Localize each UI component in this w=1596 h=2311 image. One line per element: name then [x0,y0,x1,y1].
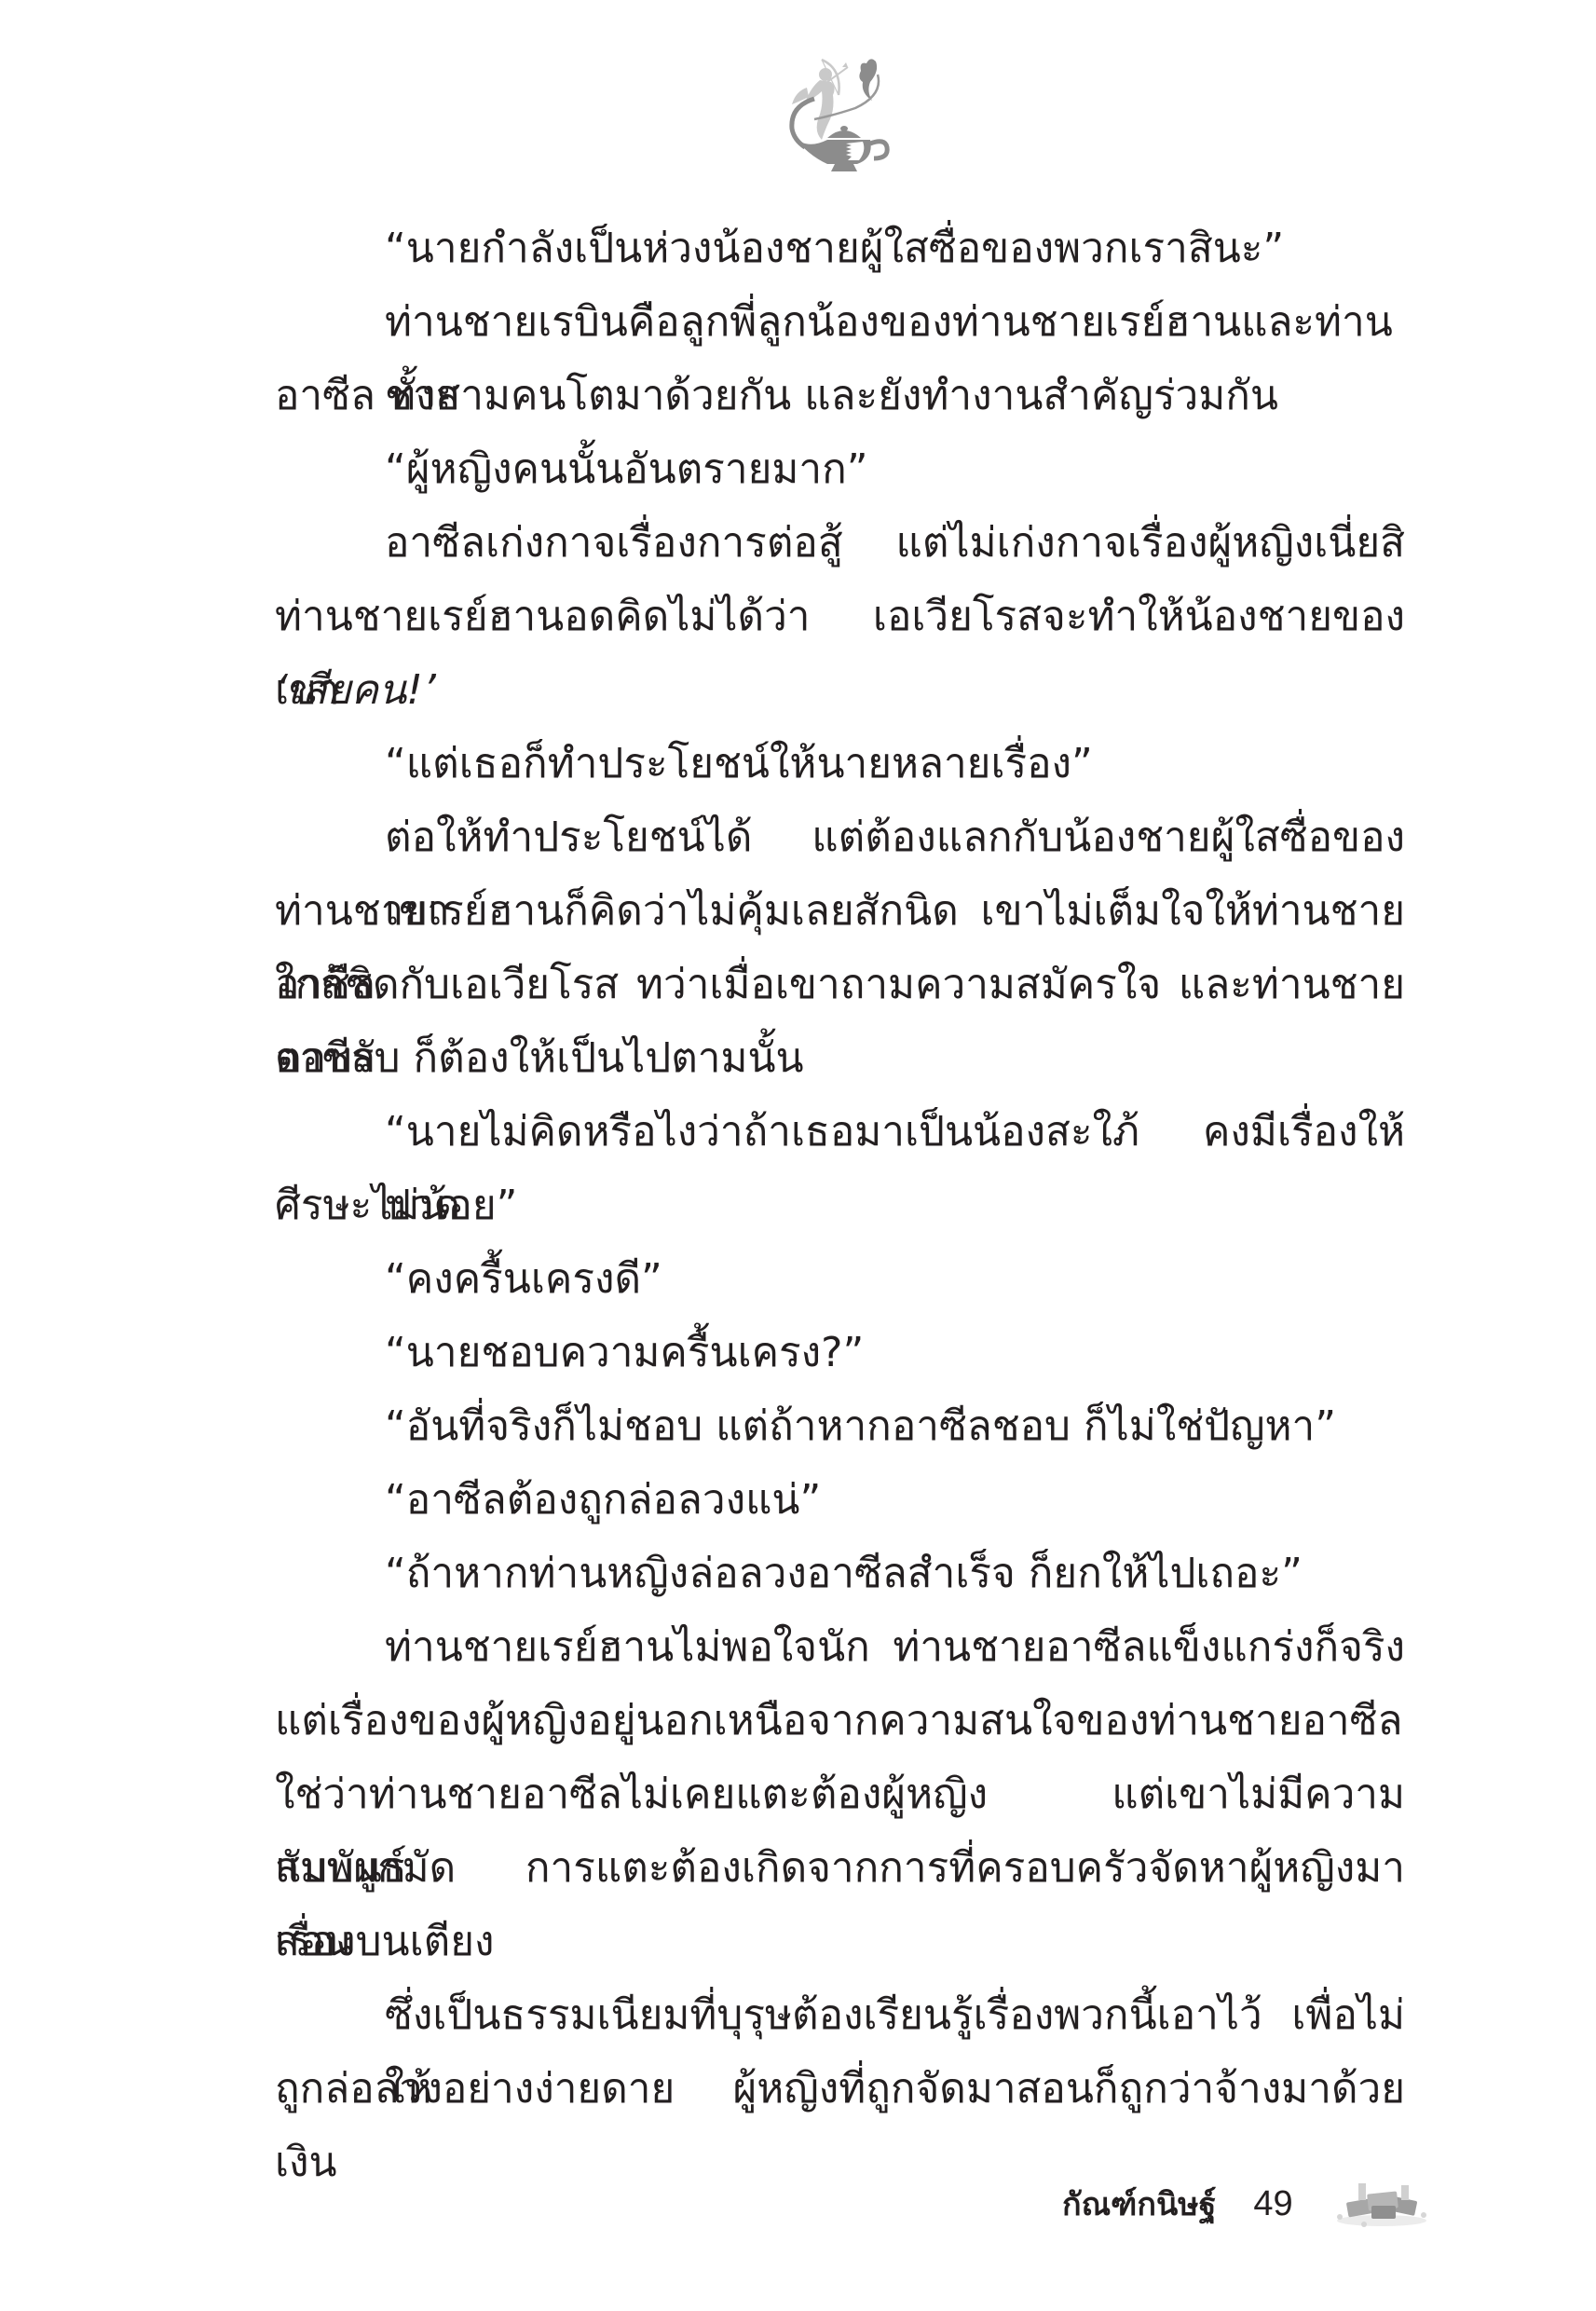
text-line: ท่านชายเรย์ฮานไม่พอใจนัก ท่านชายอาซีลแข็… [275,1610,1405,1684]
text-line: แบบผูกมัด การแตะต้องเกิดจากการที่ครอบครั… [275,1831,1405,1905]
text-line: ใช่ว่าท่านชายอาซีลไม่เคยแตะต้องผู้หญิง แ… [275,1757,1405,1831]
text-line: “นายกำลังเป็นห่วงน้องชายผู้ใสซื่อของพวกเ… [275,212,1405,285]
text-line: “แต่เธอก็ทำประโยชน์ให้นายหลายเรื่อง” [275,727,1405,800]
text-line: ท่านชายเรย์ฮานอดคิดไม่ได้ว่า เอเวียโรสจะ… [275,580,1405,653]
text-line: ถูกล่อลวงอย่างง่ายดาย ผู้หญิงที่ถูกจัดมา… [275,2052,1405,2126]
text-line: อาซีล ทั้งสามคนโตมาด้วยกัน และยังทำงานสำ… [275,359,1405,432]
text-line: ต่อให้ทำประโยชน์ได้ แต่ต้องแลกกับน้องชาย… [275,800,1405,874]
text-line: ตอบรับ ก็ต้องให้เป็นไปตามนั้น [275,1021,1405,1095]
page-footer: กัณฑ์กนิษฐ์ 49 [1062,2171,1433,2236]
text-line: ‘เสียคน!’ [275,653,1405,727]
text-line: “นายไม่คิดหรือไงว่าถ้าเธอมาเป็นน้องสะใภ้… [275,1095,1405,1169]
text-line: “นายชอบความครื้นเครง?” [275,1316,1405,1389]
text-line: “ผู้หญิงคนนั้นอันตรายมาก” [275,432,1405,506]
book-page: “นายกำลังเป็นห่วงน้องชายผู้ใสซื่อของพวกเ… [0,0,1596,2311]
text-line: “คงครื้นเครงดี” [275,1242,1405,1316]
text-line: ซึ่งเป็นธรรมเนียมที่บุรุษต้องเรียนรู้เรื… [275,1978,1405,2052]
text-line: “อันที่จริงก็ไม่ชอบ แต่ถ้าหากอาซีลชอบ ก็… [275,1389,1405,1463]
footer-author: กัณฑ์กนิษฐ์ [1062,2179,1216,2229]
magic-lamp-cupid-icon [781,54,902,175]
text-line: เรื่องบนเตียง [275,1905,1405,1978]
money-pile-icon [1330,2176,1433,2232]
text-line: “อาซีลต้องถูกล่อลวงแน่” [275,1463,1405,1537]
text-line: ศีรษะไม่น้อย” [275,1169,1405,1242]
page-number: 49 [1253,2184,1292,2224]
text-line: ท่านชายเรย์ฮานก็คิดว่าไม่คุ้มเลยสักนิด เ… [275,874,1405,948]
text-line: อาซีลเก่งกาจเรื่องการต่อสู้ แต่ไม่เก่งกา… [275,506,1405,580]
text-line: “ถ้าหากท่านหญิงล่อลวงอาซีลสำเร็จ ก็ยกให้… [275,1537,1405,1610]
text-line: ใกล้ชิดกับเอเวียโรส ทว่าเมื่อเขาถามความส… [275,948,1405,1021]
text-line: แต่เรื่องของผู้หญิงอยู่นอกเหนือจากความสน… [275,1684,1405,1757]
text-line: ท่านชายเรบินคือลูกพี่ลูกน้องของท่านชายเร… [275,285,1405,359]
